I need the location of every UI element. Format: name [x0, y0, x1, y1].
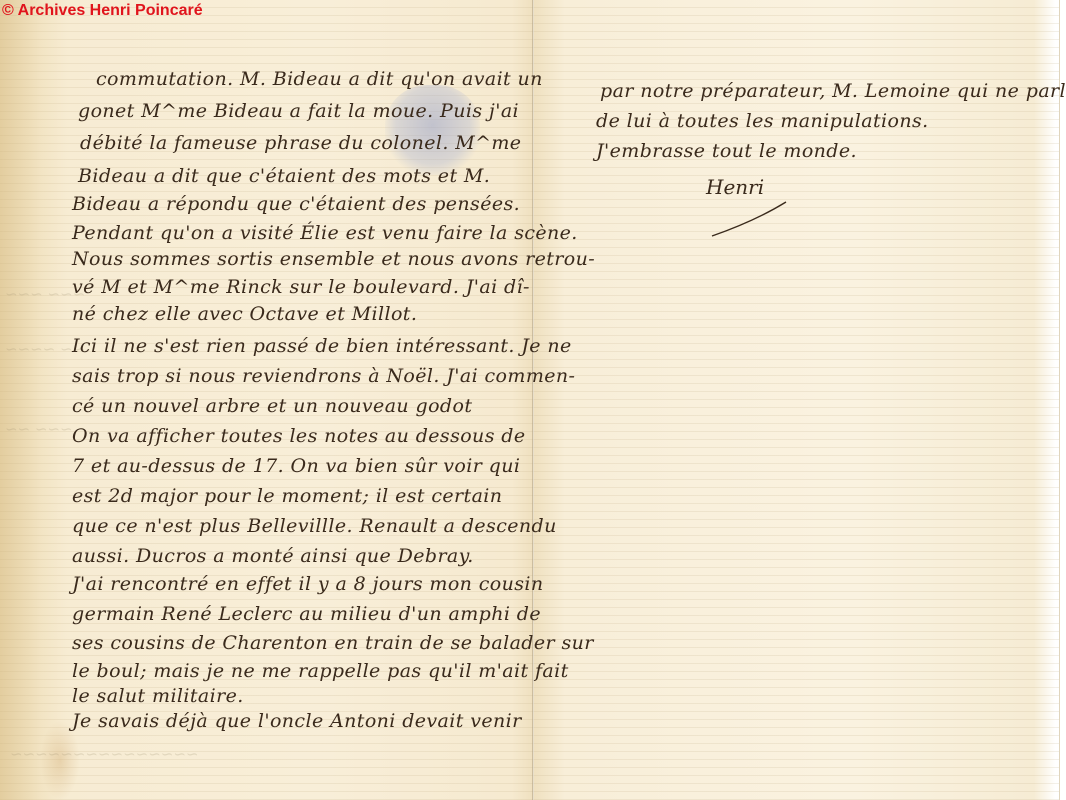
text-line: J'ai rencontré en effet il y a 8 jours m…	[72, 573, 544, 595]
text-line: Bideau a répondu que c'étaient des pensé…	[72, 193, 520, 215]
text-line: né chez elle avec Octave et Millot.	[72, 303, 417, 325]
signature: Henri	[706, 175, 764, 199]
text-line: Ici il ne s'est rien passé de bien intér…	[72, 335, 572, 357]
text-line: vé M et M^me Rinck sur le boulevard. J'a…	[72, 276, 530, 298]
text-line: 7 et au-dessus de 17. On va bien sûr voi…	[72, 455, 520, 477]
text-line: Je savais déjà que l'oncle Antoni devait…	[72, 710, 522, 732]
letter-right-page: par notre préparateur, M. Lemoine qui ne…	[534, 0, 1060, 800]
text-line: aussi. Ducros a monté ainsi que Debray.	[72, 545, 474, 567]
text-line: commutation. M. Bideau a dit qu'on avait…	[96, 68, 543, 90]
text-line: le salut militaire.	[72, 685, 244, 707]
text-line: par notre préparateur, M. Lemoine qui ne…	[600, 80, 1066, 102]
text-line: sais trop si nous reviendrons à Noël. J'…	[72, 365, 575, 387]
text-line: ses cousins de Charenton en train de se …	[72, 632, 594, 654]
text-line: débité la fameuse phrase du colonel. M^m…	[80, 132, 521, 154]
text-line: le boul; mais je ne me rappelle pas qu'i…	[72, 660, 569, 682]
text-line: est 2d major pour le moment; il est cert…	[72, 485, 502, 507]
text-line: Bideau a dit que c'étaient des mots et M…	[78, 165, 490, 187]
text-line: que ce n'est plus Bellevillle. Renault a…	[72, 515, 557, 537]
text-line: Pendant qu'on a visité Élie est venu fai…	[72, 222, 578, 244]
text-line: J'embrasse tout le monde.	[596, 140, 857, 162]
text-line: cé un nouvel arbre et un nouveau godot	[72, 395, 472, 417]
signature-flourish-icon	[710, 200, 790, 240]
text-line: Nous sommes sortis ensemble et nous avon…	[72, 248, 595, 270]
text-line: On va afficher toutes les notes au desso…	[72, 425, 526, 447]
text-line: gonet M^me Bideau a fait la moue. Puis j…	[78, 100, 519, 122]
letter-left-page: commutation. M. Bideau a dit qu'on avait…	[0, 0, 532, 800]
text-line: de lui à toutes les manipulations.	[596, 110, 929, 132]
paper-right-edge	[1059, 0, 1066, 800]
text-line: germain René Leclerc au milieu d'un amph…	[72, 603, 541, 625]
